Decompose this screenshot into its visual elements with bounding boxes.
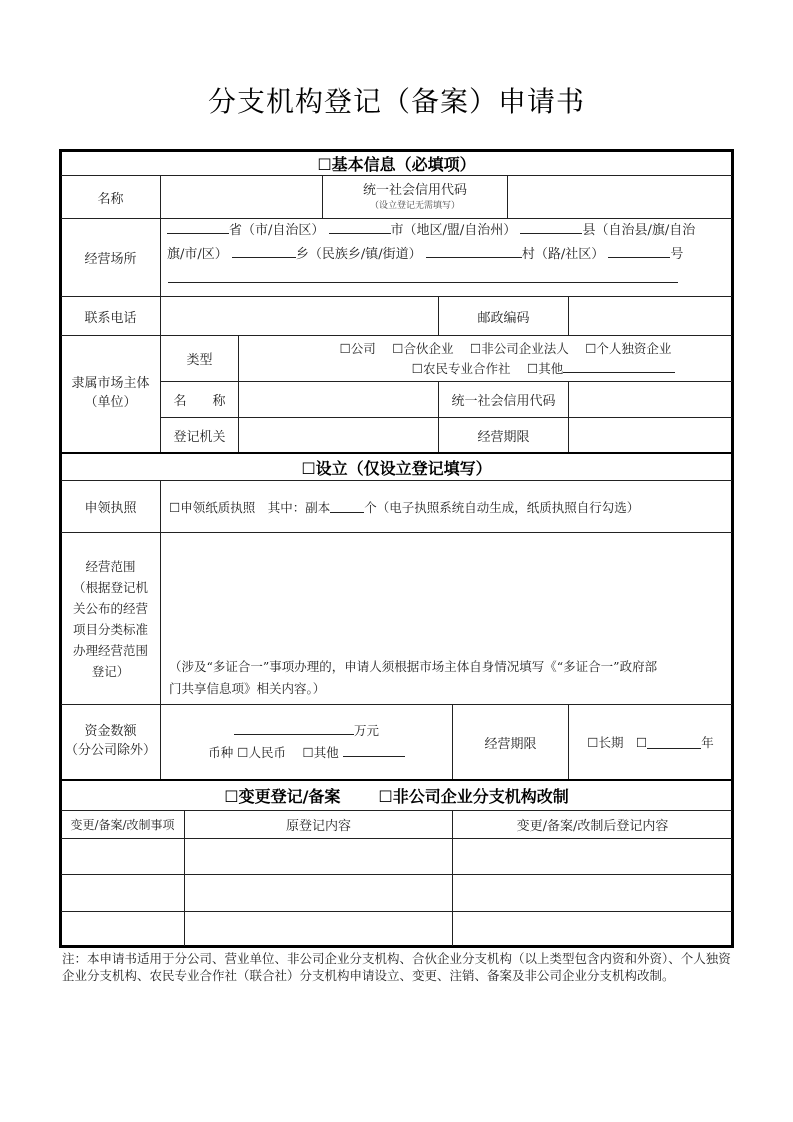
parent-entity-label: 隶属市场主体 （单位） [60, 335, 161, 453]
restructure-checkbox[interactable]: ☐非公司企业分支机构改制 [378, 784, 568, 807]
scope-label-line: 项目分类标准 [73, 619, 148, 640]
change-row-2-new[interactable] [452, 874, 733, 912]
change-col-new: 变更/备案/改制后登记内容 [452, 810, 733, 839]
footnote: 注：本申请书适用于分公司、营业单位、非公司企业分支机构、合伙企业分支机构（以上类… [62, 950, 734, 984]
setup-term-field: ☐长期 ☐年 [568, 704, 733, 780]
funds-amount-blank[interactable] [234, 722, 354, 735]
address-label-text: 经营场所 [84, 248, 136, 267]
parent-term-label-text: 经营期限 [477, 426, 529, 445]
license-explanation: 个（电子执照系统自动生成，纸质执照自行勾选） [364, 498, 639, 516]
parent-name-field[interactable] [238, 381, 439, 418]
parent-type-label-text: 类型 [186, 349, 212, 368]
change-row-3-new[interactable] [452, 911, 733, 947]
parent-authority-label-text: 登记机关 [173, 426, 225, 445]
parent-authority-label: 登记机关 [160, 417, 239, 453]
section-basic-header[interactable]: ☐基本信息（必填项） [60, 150, 733, 176]
type-options-row1: ☐公司 ☐合伙企业 ☐非公司企业法人 ☐个人独资企业 [300, 339, 672, 359]
city-text: 市（地区/盟/自治州） [391, 223, 517, 238]
parent-label-line1: 隶属市场主体 [71, 375, 149, 394]
postcode-label: 邮政编码 [438, 296, 569, 336]
county-text: 县（自治县/旗/自治 [582, 223, 695, 238]
village-blank[interactable] [426, 245, 522, 258]
funds-label-line2: （分公司除外） [65, 742, 156, 761]
parent-credit-code-field[interactable] [568, 381, 733, 418]
change-col-item-text: 变更/备案/改制事项 [70, 816, 174, 833]
county-cont-text: 旗/市/区） [167, 247, 228, 262]
change-registration-checkbox[interactable]: ☐变更登记/备案 [224, 784, 340, 807]
number-blank[interactable] [608, 245, 670, 258]
funds-amount-row: 万元 [234, 720, 379, 742]
type-options-row2: ☐农民专业合作社 ☐其他 [296, 359, 675, 379]
currency-label: 币种 [208, 745, 233, 760]
section-basic-title: ☐基本信息（必填项） [317, 152, 475, 175]
postcode-label-text: 邮政编码 [477, 307, 529, 326]
currency-other-checkbox[interactable]: ☐其他 [303, 745, 339, 760]
scope-field[interactable]: （涉及“多证合一”事项办理的，申请人须根据市场主体自身情况填写《“多证合一”政府… [160, 532, 733, 705]
setup-term-label: 经营期限 [452, 704, 569, 780]
paper-license-checkbox[interactable]: ☐申领纸质执照 其中：副本 [169, 498, 330, 516]
address-line-1: 省（市/自治区） 市（地区/盟/自治州） 县（自治县/旗/自治 [167, 219, 695, 243]
option-cooperative[interactable]: ☐农民专业合作社 [412, 361, 511, 376]
postcode-field[interactable] [568, 296, 733, 336]
address-extra-blank[interactable] [168, 282, 678, 283]
section-setup-header[interactable]: ☐设立（仅设立登记填写） [60, 452, 733, 481]
change-row-1-original[interactable] [184, 838, 453, 875]
parent-type-options: ☐公司 ☐合伙企业 ☐非公司企业法人 ☐个人独资企业 ☐农民专业合作社 ☐其他 [238, 335, 733, 382]
change-row-1-new[interactable] [452, 838, 733, 875]
funds-unit: 万元 [354, 723, 379, 738]
parent-term-label: 经营期限 [438, 417, 569, 453]
section-change-header: ☐变更登记/备案 ☐非公司企业分支机构改制 [60, 779, 733, 811]
parent-name-label-text: 名 称 [173, 390, 225, 409]
phone-label-text: 联系电话 [84, 307, 136, 326]
credit-code-label-text: 统一社会信用代码 [363, 182, 467, 200]
setup-term-label-text: 经营期限 [484, 733, 536, 752]
parent-label-line2: （单位） [84, 394, 136, 413]
parent-credit-code-label: 统一社会信用代码 [438, 381, 569, 418]
section-setup-title: ☐设立（仅设立登记填写） [301, 456, 491, 479]
option-partnership[interactable]: ☐合伙企业 [392, 341, 453, 356]
scope-label-line: 办理经营范围 [73, 640, 148, 661]
credit-code-field[interactable] [507, 175, 733, 219]
option-other[interactable]: ☐其他 [527, 361, 563, 376]
term-years-checkbox[interactable]: ☐ [636, 735, 647, 750]
county-blank[interactable] [520, 221, 582, 234]
copies-blank[interactable] [330, 500, 364, 513]
change-col-new-text: 变更/备案/改制后登记内容 [517, 815, 669, 834]
number-text: 号 [670, 247, 683, 262]
name-label-text: 名称 [97, 188, 123, 207]
option-sole-proprietorship[interactable]: ☐个人独资企业 [585, 341, 671, 356]
scope-label-line: 登记） [92, 661, 130, 682]
change-col-original: 原登记内容 [184, 810, 453, 839]
term-long-checkbox[interactable]: ☐长期 [587, 733, 623, 751]
address-line-2: 旗/市/区） 乡（民族乡/镇/街道） 村（路/社区） 号 [167, 243, 683, 267]
funds-label: 资金数额 （分公司除外） [60, 704, 161, 780]
village-text: 村（路/社区） [522, 247, 604, 262]
township-blank[interactable] [232, 245, 296, 258]
change-row-2-item[interactable] [60, 874, 185, 912]
parent-name-label: 名 称 [160, 381, 239, 418]
currency-row: 币种 ☐人民币 ☐其他 [208, 742, 404, 764]
license-field: ☐申领纸质执照 其中：副本个（电子执照系统自动生成，纸质执照自行勾选） [160, 480, 733, 533]
province-blank[interactable] [167, 221, 229, 234]
change-row-2-original[interactable] [184, 874, 453, 912]
funds-field: 万元 币种 ☐人民币 ☐其他 [160, 704, 453, 780]
name-label: 名称 [60, 175, 161, 219]
township-text: 乡（民族乡/镇/街道） [296, 247, 422, 262]
scope-note-line1: （涉及“多证合一”事项办理的，申请人须根据市场主体自身情况填写《“多证合一”政府… [169, 656, 657, 678]
funds-label-line1: 资金数额 [84, 723, 136, 742]
scope-label-line: 关公布的经营 [73, 598, 148, 619]
credit-code-label: 统一社会信用代码 （设立登记无需填写） [322, 175, 508, 219]
change-col-original-text: 原登记内容 [286, 815, 351, 834]
page-title: 分支机构登记（备案）申请书 [0, 80, 793, 120]
parent-type-label: 类型 [160, 335, 239, 382]
term-years-blank[interactable] [647, 736, 701, 749]
name-field[interactable] [160, 175, 323, 219]
parent-authority-field[interactable] [238, 417, 439, 453]
option-company[interactable]: ☐公司 [340, 341, 376, 356]
credit-code-hint: （设立登记无需填写） [370, 200, 460, 212]
change-row-3-original[interactable] [184, 911, 453, 947]
license-label-text: 申领执照 [84, 497, 136, 516]
province-text: 省（市/自治区） [229, 223, 324, 238]
change-row-3-item[interactable] [60, 911, 185, 947]
license-label: 申领执照 [60, 480, 161, 533]
address-label: 经营场所 [60, 218, 161, 297]
currency-other-blank[interactable] [343, 744, 405, 757]
city-blank[interactable] [329, 221, 391, 234]
change-row-1-item[interactable] [60, 838, 185, 875]
phone-label: 联系电话 [60, 296, 161, 336]
term-year-unit: 年 [701, 733, 714, 751]
scope-note-line2: 门共享信息项》相关内容。） [169, 678, 325, 700]
parent-term-field[interactable] [568, 417, 733, 453]
other-type-blank[interactable] [563, 360, 675, 373]
scope-label-line: （根据登记机 [73, 577, 148, 598]
scope-label-line: 经营范围 [85, 556, 135, 577]
scope-label: 经营范围 （根据登记机 关公布的经营 项目分类标准 办理经营范围 登记） [60, 532, 161, 705]
option-non-company-legal-person[interactable]: ☐非公司企业法人 [470, 341, 569, 356]
phone-field[interactable] [160, 296, 439, 336]
change-col-item: 变更/备案/改制事项 [60, 810, 185, 839]
currency-rmb-checkbox[interactable]: ☐人民币 [237, 745, 286, 760]
parent-credit-code-label-text: 统一社会信用代码 [451, 390, 555, 409]
